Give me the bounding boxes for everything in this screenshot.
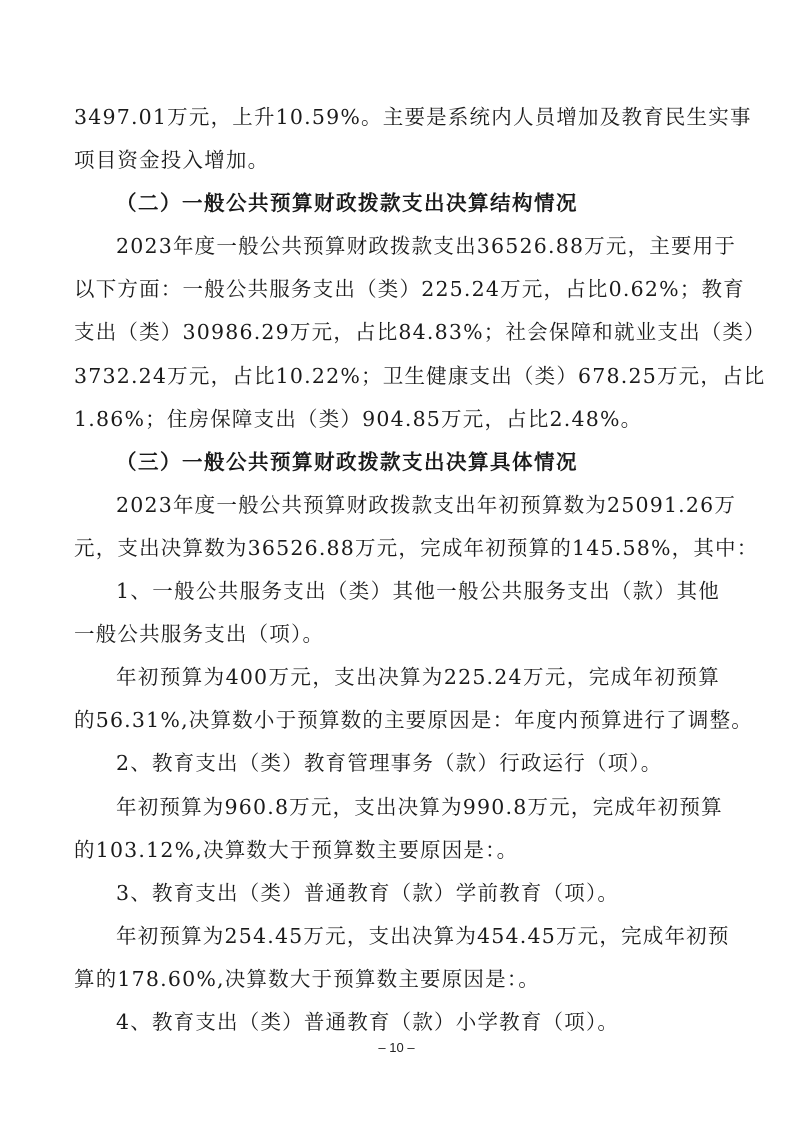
paragraph-line: 年初预算为960.8万元，支出决算为990.8万元，完成年初预算	[74, 786, 720, 829]
paragraph-line: 以下方面：一般公共服务支出（类）225.24万元，占比0.62%；教育	[74, 268, 720, 311]
page-number: – 10 –	[0, 1040, 793, 1055]
paragraph-line: 年初预算为254.45万元，支出决算为454.45万元，完成年初预	[74, 915, 720, 958]
item-title-line: 1、一般公共服务支出（类）其他一般公共服务支出（款）其他	[74, 570, 720, 613]
paragraph-line: 3732.24万元，占比10.22%；卫生健康支出（类）678.25万元，占比	[74, 355, 720, 398]
paragraph-line: 元，支出决算数为36526.88万元，完成年初预算的145.58%，其中：	[74, 527, 720, 570]
paragraph-line: 算的178.60%,决算数大于预算数主要原因是：。	[74, 958, 720, 1001]
paragraph-line: 项目资金投入增加。	[74, 139, 720, 182]
section-heading-2: （二）一般公共预算财政拨款支出决算结构情况	[74, 182, 720, 225]
item-title-line: 一般公共服务支出（项）。	[74, 613, 720, 656]
paragraph-line: 支出（类）30986.29万元，占比84.83%；社会保障和就业支出（类）	[74, 311, 720, 354]
paragraph-line: 的103.12%,决算数大于预算数主要原因是：。	[74, 829, 720, 872]
item-title-line: 4、教育支出（类）普通教育（款）小学教育（项）。	[74, 1001, 720, 1044]
paragraph-line: 3497.01万元，上升10.59%。主要是系统内人员增加及教育民生实事	[74, 96, 720, 139]
item-title-line: 2、教育支出（类）教育管理事务（款）行政运行（项）。	[74, 742, 720, 785]
paragraph-line: 年初预算为400万元，支出决算为225.24万元，完成年初预算	[74, 656, 720, 699]
item-title-line: 3、教育支出（类）普通教育（款）学前教育（项）。	[74, 872, 720, 915]
paragraph-line: 的56.31%,决算数小于预算数的主要原因是：年度内预算进行了调整。	[74, 699, 720, 742]
paragraph-line: 2023年度一般公共预算财政拨款支出年初预算数为25091.26万	[74, 484, 720, 527]
document-page: 3497.01万元，上升10.59%。主要是系统内人员增加及教育民生实事 项目资…	[74, 96, 720, 1044]
section-heading-3: （三）一般公共预算财政拨款支出决算具体情况	[74, 441, 720, 484]
paragraph-line: 1.86%；住房保障支出（类）904.85万元，占比2.48%。	[74, 398, 720, 441]
paragraph-line: 2023年度一般公共预算财政拨款支出36526.88万元，主要用于	[74, 225, 720, 268]
